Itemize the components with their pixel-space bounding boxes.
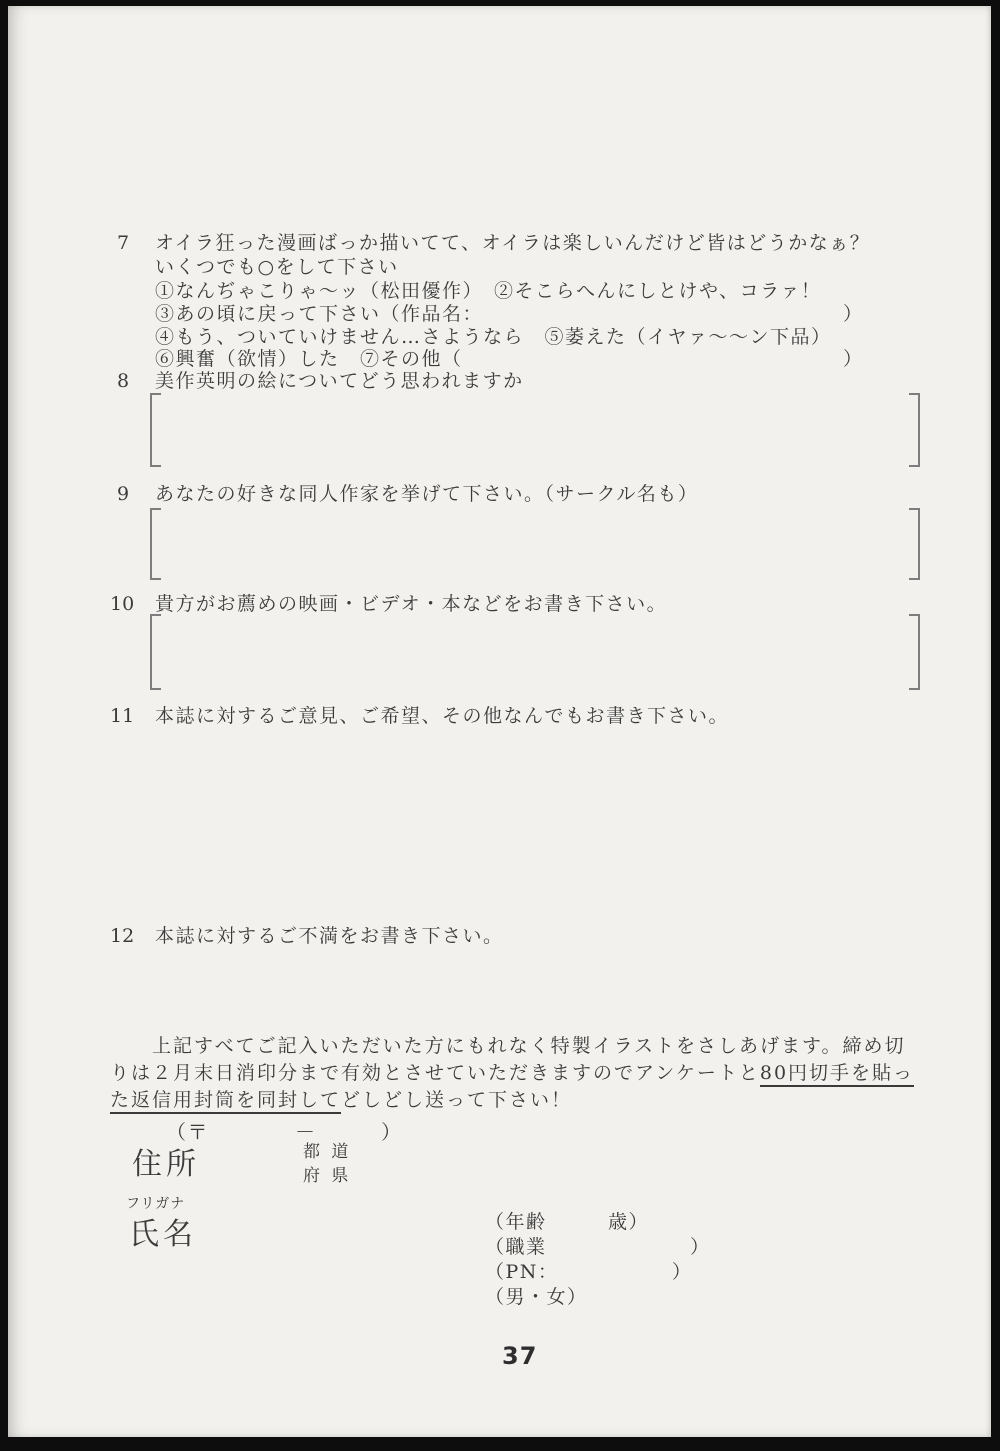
pen-name-field-line: （PN： ） [485,1262,692,1284]
closing-line-2-underlined: 80円切手を貼っ [760,1062,914,1087]
closing-paragraph-line-2: りは２月末日消印分まで有効とさせていただきますのでアンケートと80円切手を貼っ [110,1063,914,1085]
question-8-answer-box [150,393,920,463]
age-field-line: （年齢 歳） [485,1212,649,1234]
address-label: 住所 [132,1148,200,1183]
question-7-option-4-5: ④もう、ついていけません…さようなら ⑤萎えた（イヤァ～～ン下品） [155,327,832,349]
right-bracket [909,508,920,580]
question-7-option-7-close-paren: ） [843,349,864,371]
right-bracket [909,614,920,690]
question-9-answer-box [150,508,920,576]
right-bracket [909,393,920,467]
closing-line-2-plain: りは２月末日消印分まで有効とさせていただきますのでアンケートと [110,1062,760,1084]
left-bracket [150,508,161,580]
question-10-number: 10 [110,594,134,616]
question-11-text: 本誌に対するご意見、ご希望、その他なんでもお書き下さい。 [155,706,729,728]
question-9-text: あなたの好きな同人作家を挙げて下さい。（サークル名も） [155,484,698,506]
name-label: 氏名 [129,1218,197,1253]
question-7-line-2: いくつでも○をして下さい [155,257,399,279]
question-7-line-1: オイラ狂った漫画ばっか描いてて、オイラは楽しいんだけど皆はどうかなぁ？ [155,233,870,255]
question-9-number: 9 [117,484,129,506]
page-number: 37 [502,1343,537,1371]
question-7-option-1-2: ①なんぢゃこりゃ～ッ（松田優作） ②そこらへんにしとけや、コラァ！ [155,281,821,303]
occupation-field-line: （職業 ） [485,1237,711,1259]
question-7-option-6-7: ⑥興奮（欲情）した ⑦その他（ [155,349,463,371]
left-bracket [150,393,161,467]
question-12-text: 本誌に対するご不満をお書き下さい。 [155,926,504,948]
question-8-text: 美作英明の絵についてどう思われますか [155,371,524,393]
gender-field-line: （男・女） [485,1287,588,1309]
question-7-number: 7 [117,233,129,255]
closing-paragraph-line-1: 上記すべてご記入いただいた方にもれなく特製イラストをさしあげます。締め切 [110,1036,906,1058]
closing-line-3-underlined: た返信用封筒を同封して [110,1089,341,1114]
question-10-text: 貴方がお薦めの映画・ビデオ・本などをお書き下さい。 [155,594,667,616]
postal-code-line: （〒 － ） [166,1121,403,1144]
prefecture-suffix-line-2: 府 県 [303,1165,351,1188]
closing-line-3-plain: どしどし送って下さい！ [341,1089,572,1111]
question-8-number: 8 [117,371,129,393]
question-10-answer-box [150,614,920,686]
question-11-number: 11 [110,706,134,728]
prefecture-suffix-line-1: 都 道 [303,1141,351,1164]
left-bracket [150,614,161,690]
furigana-label: フリガナ [126,1196,185,1212]
closing-paragraph-line-3: た返信用封筒を同封してどしどし送って下さい！ [110,1090,572,1112]
question-7-option-3-close-paren: ） [843,304,864,326]
question-7-option-3: ③あの頃に戻って下さい（作品名： [155,304,483,326]
question-12-number: 12 [110,926,134,948]
